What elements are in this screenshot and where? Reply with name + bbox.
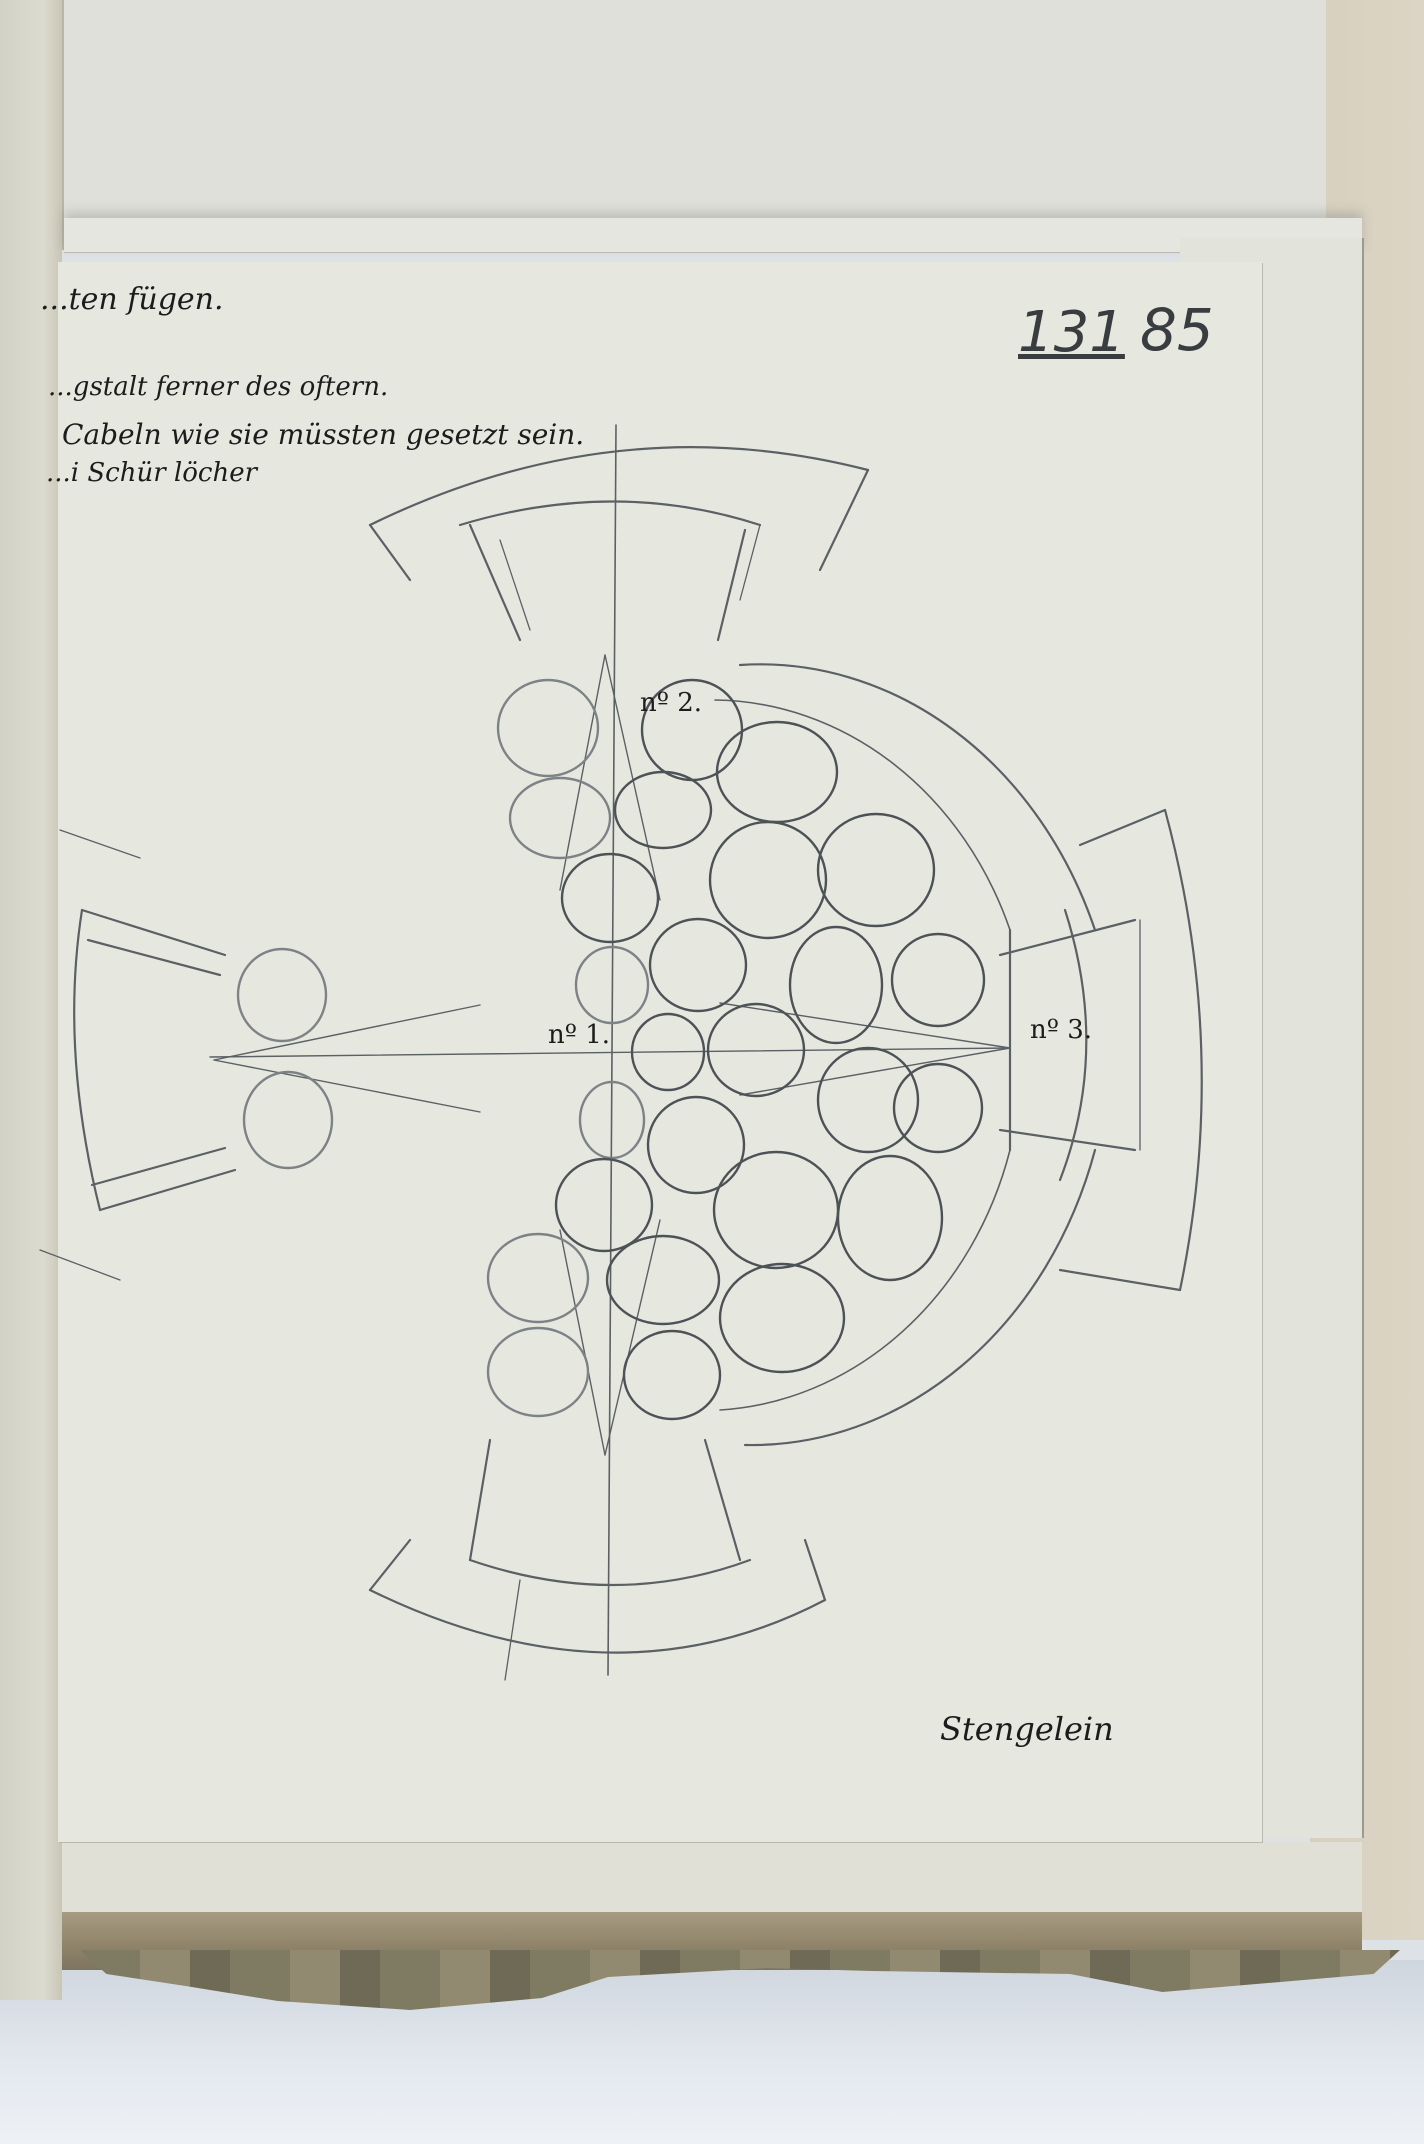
architectural-drawing: [0, 0, 1424, 2144]
label-no-3: nº 3.: [1030, 1015, 1092, 1045]
label-no-2: nº 2.: [640, 688, 702, 718]
label-no-1: nº 1.: [548, 1020, 610, 1050]
signature: Stengelein: [940, 1710, 1114, 1748]
